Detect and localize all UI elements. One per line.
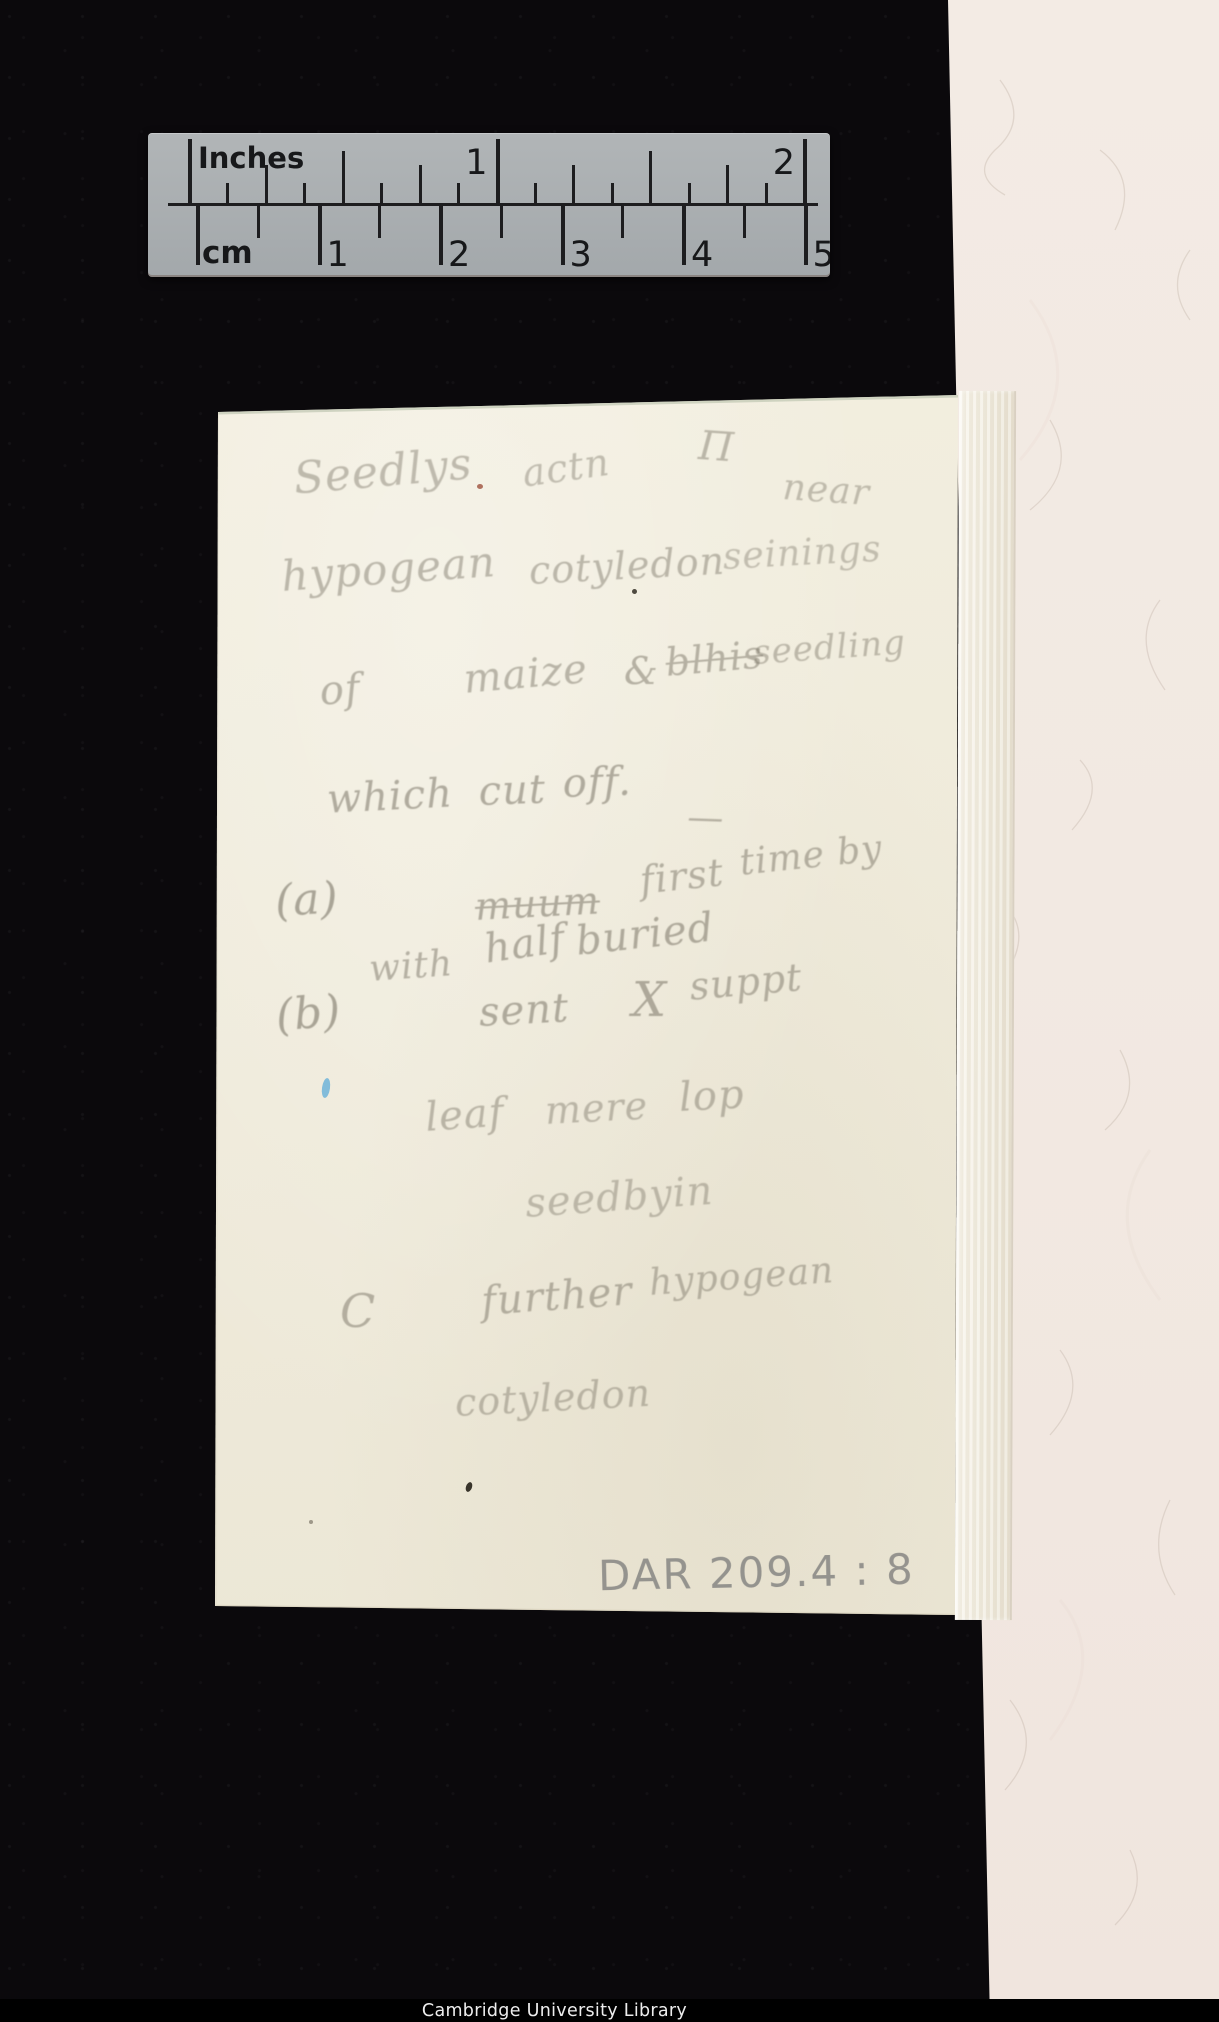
ruler-inches-label: Inches: [198, 141, 304, 175]
ruler-tick: [226, 183, 229, 205]
ruler-tick: [682, 205, 686, 265]
ruler-tick: [196, 205, 200, 265]
ruler-tick: [265, 165, 268, 205]
cm-number: 5: [813, 235, 831, 275]
inch-number: 1: [465, 143, 487, 183]
ruler-tick: [496, 139, 500, 205]
ruler-tick: [303, 183, 306, 205]
cm-number: 3: [570, 235, 592, 275]
manuscript-note: [213, 393, 958, 1620]
scale-ruler: Inches cm 12 12345: [148, 133, 830, 277]
ruler-tick: [765, 183, 768, 205]
ruler-tick: [726, 165, 729, 205]
dar-reference-label: DAR 209.4 : 8: [598, 1545, 916, 1601]
ruler-tick: [649, 151, 652, 205]
mounting-hinge: [955, 391, 1016, 1620]
ruler-tick: [743, 205, 746, 238]
ruler-tick: [318, 205, 322, 265]
ruler-tick: [621, 205, 624, 238]
ruler-tick: [688, 183, 691, 205]
ruler-tick: [419, 165, 422, 205]
ruler-tick: [500, 205, 503, 238]
caption-bar: Cambridge University Library: [0, 1999, 1219, 2022]
ruler-tick: [804, 205, 808, 265]
ruler-tick: [439, 205, 443, 265]
paper-edge-shading: [213, 393, 958, 1620]
cm-number: 1: [327, 235, 349, 275]
ruler-tick: [561, 205, 565, 265]
ruler-tick: [188, 139, 192, 205]
cm-number: 2: [448, 235, 470, 275]
ruler-tick: [257, 205, 260, 238]
ruler-tick: [803, 139, 807, 205]
library-caption: Cambridge University Library: [422, 2001, 687, 2021]
ruler-tick: [457, 183, 460, 205]
ruler-tick: [380, 183, 383, 205]
photo-canvas: Inches cm 12 12345 SeedlysactnΠnearhypog…: [0, 0, 1219, 2022]
ruler-tick: [342, 151, 345, 205]
ruler-cm-label: cm: [202, 235, 253, 271]
cm-number: 4: [691, 235, 713, 275]
inch-number: 2: [773, 143, 795, 183]
ruler-tick: [378, 205, 381, 238]
ruler-tick: [534, 183, 537, 205]
ruler-tick: [572, 165, 575, 205]
ruler-tick: [611, 183, 614, 205]
